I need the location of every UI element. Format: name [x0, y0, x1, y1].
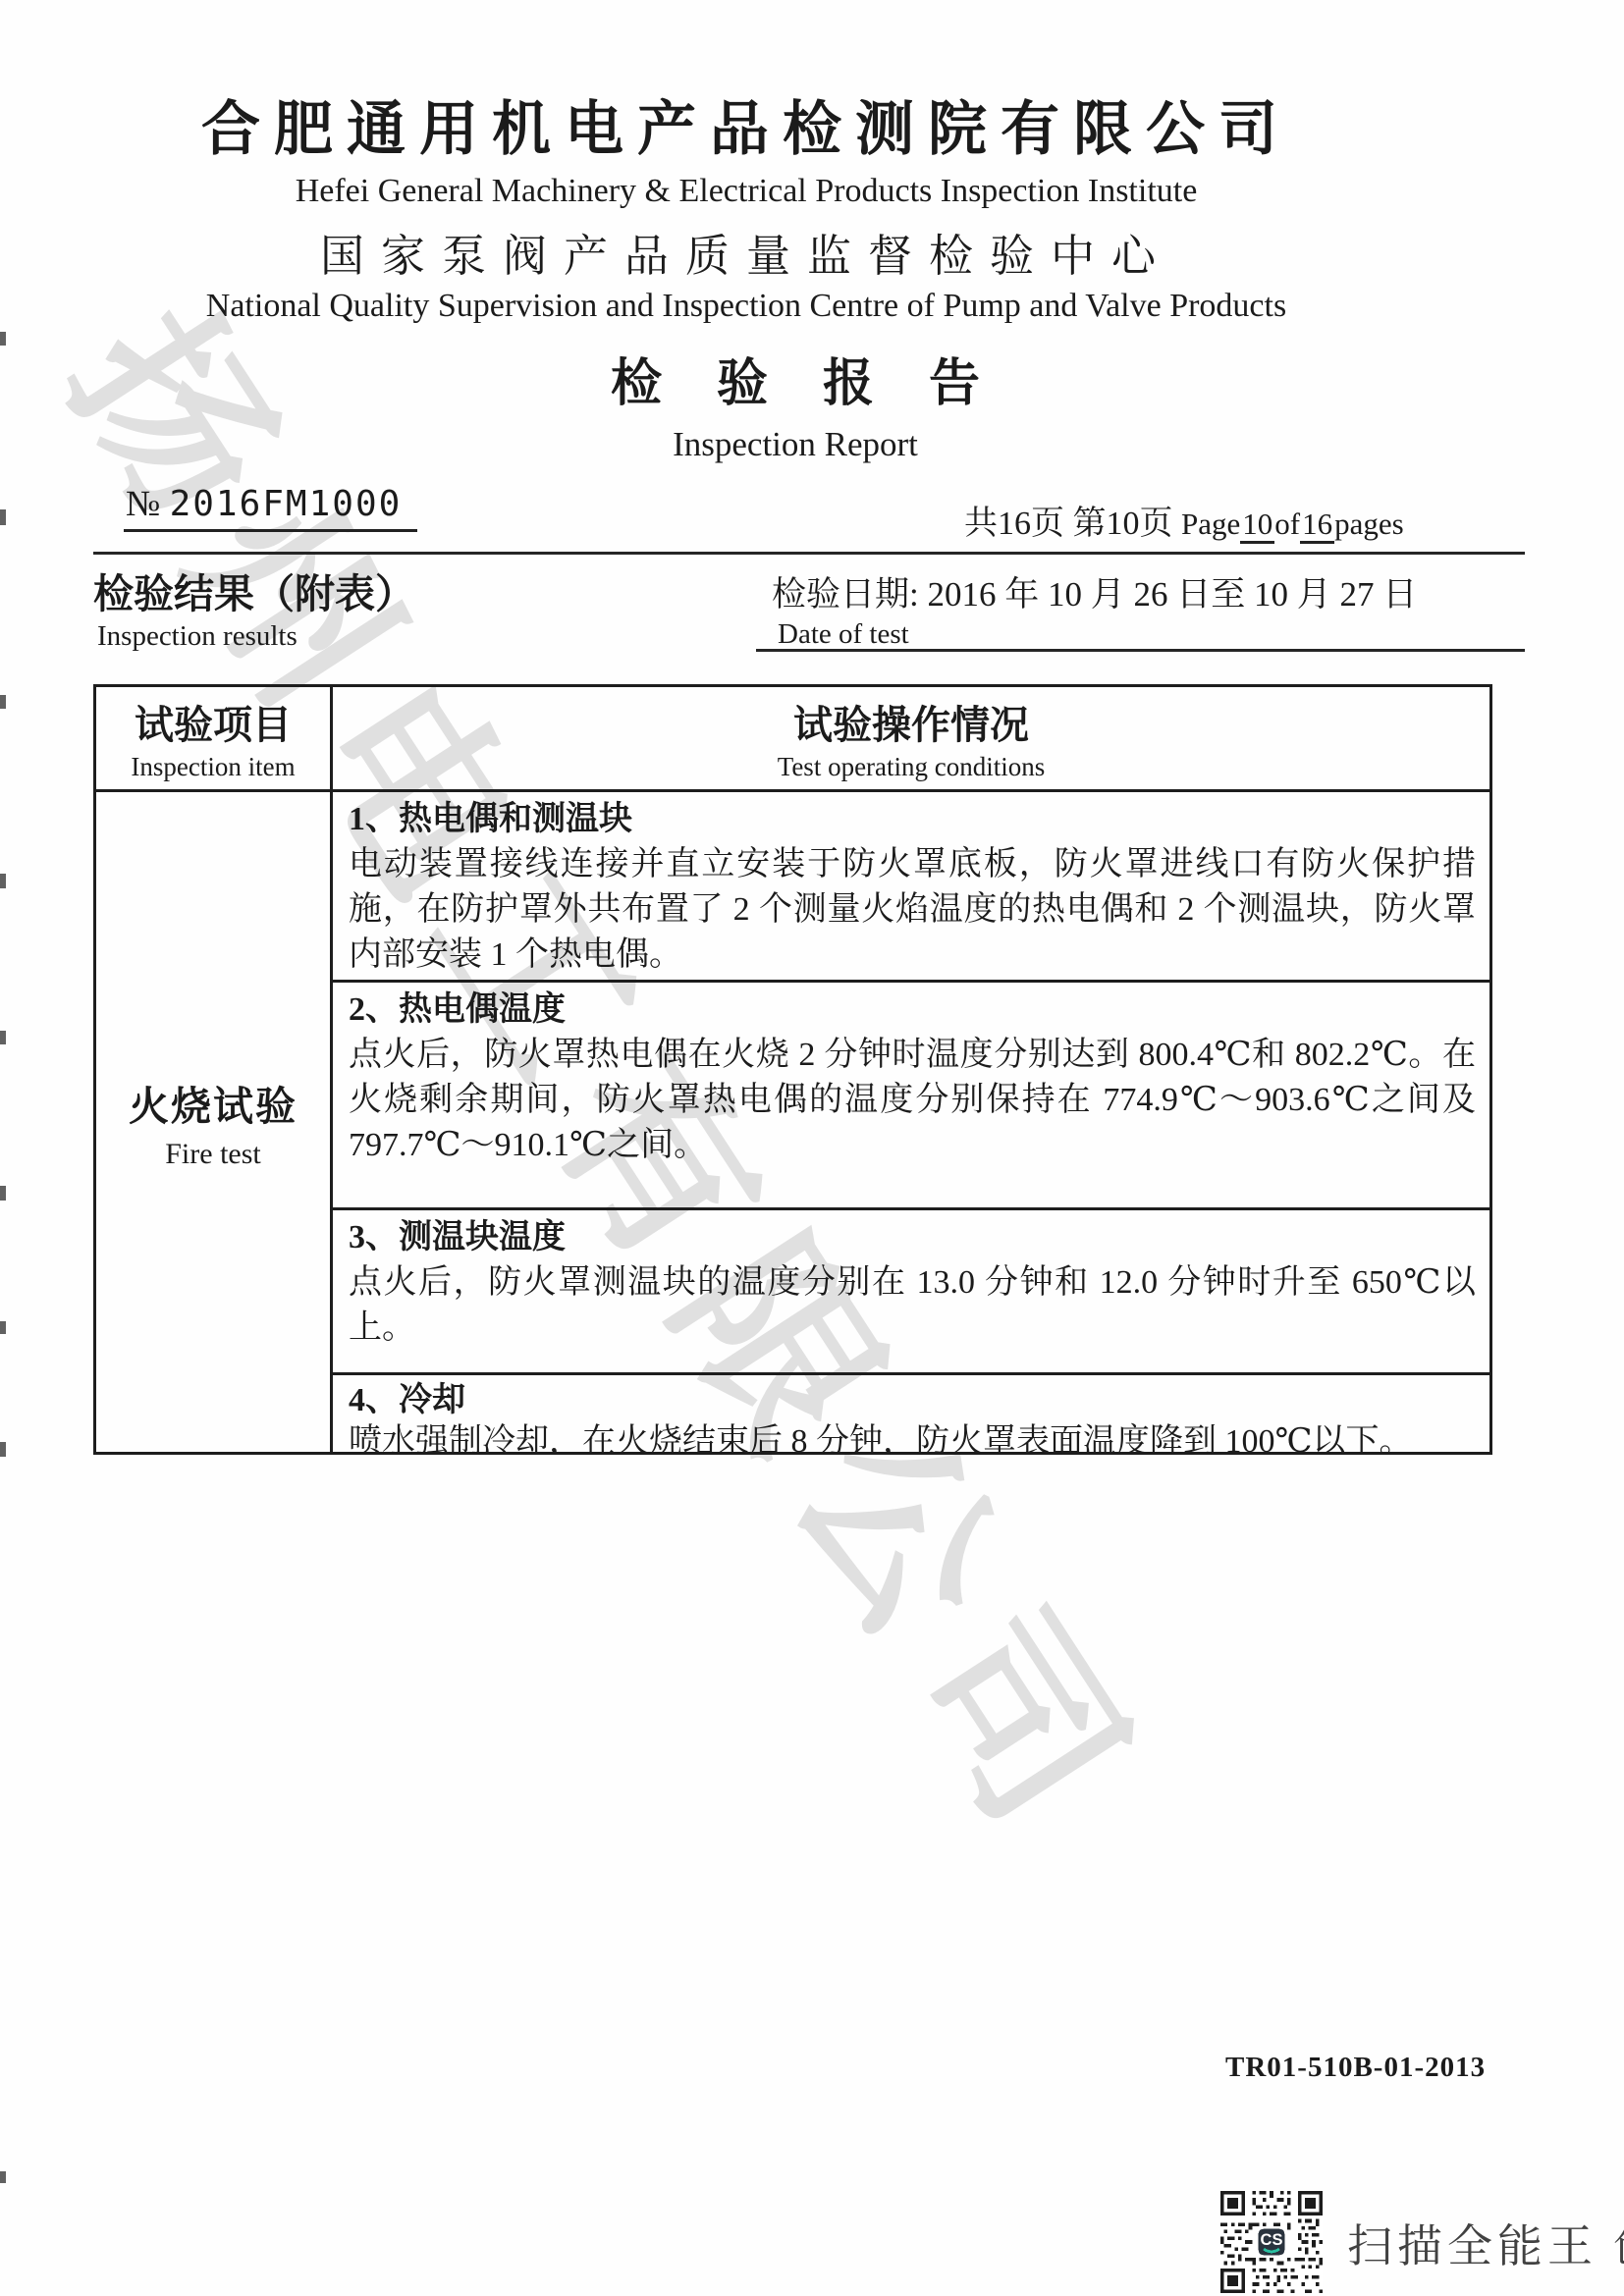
section-body: 点火后，防火罩测温块的温度分别在 13.0 分钟和 12.0 分钟时升至 650… [349, 1260, 1476, 1351]
org-name-cn: 合肥通用机电产品检测院有限公司 [59, 82, 1434, 167]
section-title: 2、热电偶温度 [349, 988, 1476, 1033]
item-name-cn: 火烧试验 [129, 1074, 298, 1132]
header-cell-inspection-item: 试验项目 Inspection item [96, 687, 333, 789]
divider-top [93, 552, 1525, 555]
camscanner-badge: CS [1256, 2226, 1287, 2258]
center-name-en: National Quality Supervision and Inspect… [59, 288, 1434, 325]
report-title-block: 检验报告 Inspection Report [98, 342, 1492, 464]
report-title-cn: 检验报告 [98, 342, 1492, 415]
scan-edge-artifact [0, 1321, 6, 1334]
section-body: 喷水强制冷却，在火烧结束后 8 分钟，防火罩表面温度降到 100℃以下。 [349, 1421, 1476, 1452]
header-cell-operating-conditions: 试验操作情况 Test operating conditions [333, 687, 1489, 789]
qr-code-svg: CS [1220, 2191, 1323, 2293]
scanned-report-page: 扬州电工有限公司 合肥通用机电产品检测院有限公司 Hefei General M… [0, 0, 1624, 2296]
results-label-cn: 检验结果（附表） [93, 561, 415, 619]
section-body: 电动装置接线连接并直立安装于防火罩底板，防火罩进线口有防火保护措施，在防护罩外共… [349, 842, 1476, 978]
col1-header-en: Inspection item [131, 752, 295, 782]
letterhead: 合肥通用机电产品检测院有限公司 Hefei General Machinery … [59, 82, 1434, 325]
section-body: 点火后，防火罩热电偶在火烧 2 分钟时温度分别达到 800.4℃和 802.2℃… [349, 1033, 1476, 1168]
of-word: of [1274, 507, 1300, 541]
section-title: 1、热电偶和测温块 [349, 797, 1476, 842]
test-date-line: 检验日期: 2016 年 10 月 26 日至 10 月 27 日 [772, 567, 1417, 616]
table-row: 3、测温块温度 点火后，防火罩测温块的温度分别在 13.0 分钟和 12.0 分… [333, 1210, 1489, 1375]
condition-sections: 1、热电偶和测温块 电动装置接线连接并直立安装于防火罩底板，防火罩进线口有防火保… [333, 792, 1489, 1452]
scan-edge-artifact [0, 1031, 6, 1044]
camscanner-caption: 扫描全能王 创建 [1347, 2211, 1624, 2275]
col2-header-en: Test operating conditions [778, 752, 1046, 782]
scan-edge-artifact [0, 509, 6, 525]
date-label-cn: 检验日期: [772, 575, 919, 614]
report-title-en: Inspection Report [98, 425, 1492, 464]
table-row: 1、热电偶和测温块 电动装置接线连接并直立安装于防火罩底板，防火罩进线口有防火保… [333, 792, 1489, 983]
date-value: 2016 年 10 月 26 日至 10 月 27 日 [927, 575, 1417, 614]
results-label-en: Inspection results [97, 620, 298, 653]
scan-edge-artifact [0, 2171, 6, 2183]
page-current: 10 [1240, 507, 1274, 544]
report-number-label: № [126, 484, 160, 524]
section-title: 3、测温块温度 [349, 1215, 1476, 1260]
report-number-value: 2016FM1000 [170, 484, 403, 524]
pages-word: pages [1334, 507, 1404, 541]
scan-edge-artifact [0, 332, 6, 346]
table-header-row: 试验项目 Inspection item 试验操作情况 Test operati… [96, 687, 1489, 792]
scan-edge-artifact [0, 1186, 6, 1201]
table-row: 4、冷却 喷水强制冷却，在火烧结束后 8 分钟，防火罩表面温度降到 100℃以下… [333, 1375, 1489, 1452]
qr-code: CS [1220, 2191, 1323, 2293]
document-code: TR01-510B-01-2013 [1225, 2052, 1486, 2084]
table-row: 2、热电偶温度 点火后，防火罩热电偶在火烧 2 分钟时温度分别达到 800.4℃… [333, 983, 1489, 1210]
item-name-en: Fire test [165, 1138, 261, 1171]
table-body: 火烧试验 Fire test 1、热电偶和测温块 电动装置接线连接并直立安装于防… [96, 792, 1489, 1452]
date-label-en: Date of test [778, 618, 909, 651]
scan-edge-artifact [0, 874, 6, 888]
scan-edge-artifact [0, 1442, 6, 1457]
center-name-cn: 国家泵阀产品质量监督检验中心 [59, 220, 1434, 284]
col2-header-cn: 试验操作情况 [793, 694, 1029, 750]
page-count-cn: 共16页 第10页 [964, 506, 1173, 542]
svg-text:CS: CS [1261, 2231, 1283, 2249]
col1-header-cn: 试验项目 [135, 694, 292, 750]
org-name-en: Hefei General Machinery & Electrical Pro… [59, 173, 1434, 210]
report-number-line: № 2016FM1000 [124, 483, 417, 532]
section-title: 4、冷却 [349, 1380, 1476, 1421]
page-total: 16 [1300, 507, 1334, 544]
results-table: 试验项目 Inspection item 试验操作情况 Test operati… [93, 684, 1492, 1455]
scan-edge-artifact [0, 695, 6, 709]
inspection-item-cell: 火烧试验 Fire test [96, 792, 333, 1452]
page-word: Page [1181, 507, 1240, 541]
page-count-line: 共16页 第10页 Page10of16pages [964, 496, 1404, 544]
